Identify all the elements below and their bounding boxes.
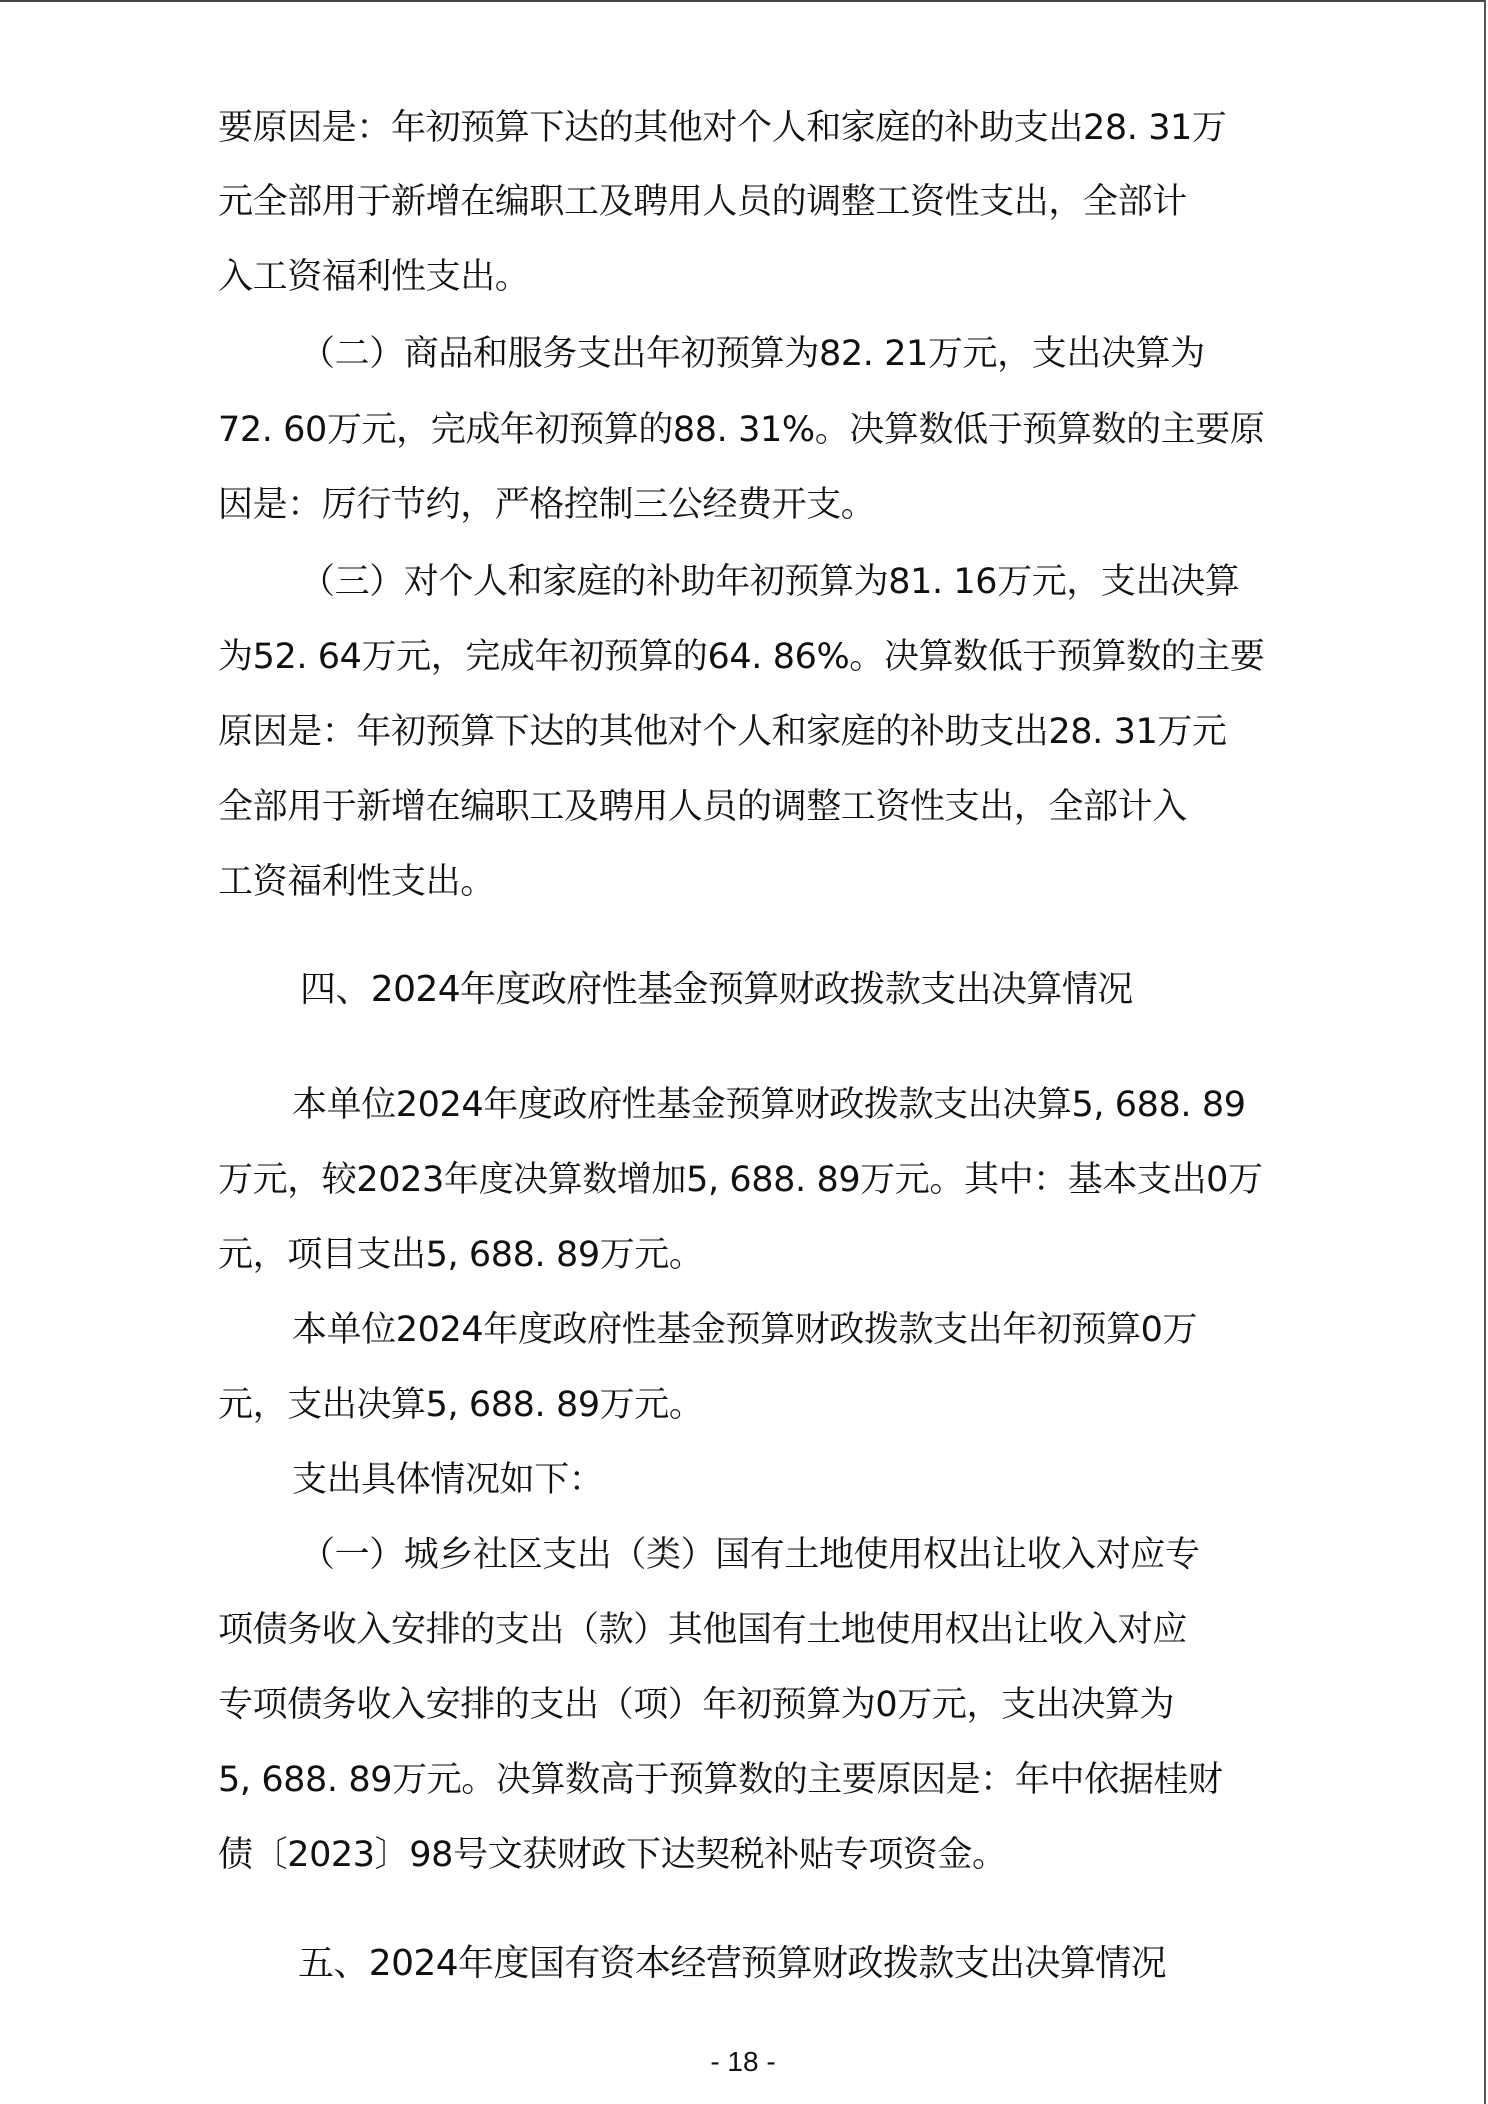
text-line: （二）商品和服务支出年初预算为82. 21万元，支出决算为 <box>300 332 1364 376</box>
text-line: 入工资福利性支出。 <box>218 255 1282 299</box>
text-line: 元，项目支出5, 688. 89万元。 <box>218 1233 1282 1277</box>
text-line: 债〔2023〕98号文获财政下达契税补贴专项资金。 <box>218 1833 1282 1877</box>
text-line: 本单位2024年度政府性基金预算财政拨款支出决算5, 688. 89 <box>292 1083 1356 1127</box>
text-line: 项债务收入安排的支出（款）其他国有土地使用权出让收入对应 <box>218 1608 1282 1652</box>
text-line: 为52. 64万元，完成年初预算的64. 86%。决算数低于预算数的主要 <box>218 635 1282 679</box>
document-page: 要原因是：年初预算下达的其他对个人和家庭的补助支出28. 31万 元全部用于新增… <box>0 0 1486 2104</box>
text-line: 元全部用于新增在编职工及聘用人员的调整工资性支出，全部计 <box>218 180 1282 224</box>
text-line: 万元，较2023年度决算数增加5, 688. 89万元。其中：基本支出0万 <box>218 1158 1282 1202</box>
text-line: 元，支出决算5, 688. 89万元。 <box>218 1383 1282 1427</box>
text-line: 工资福利性支出。 <box>218 860 1282 904</box>
text-line: 5, 688. 89万元。决算数高于预算数的主要原因是：年中依据桂财 <box>218 1758 1282 1802</box>
text-line: 原因是：年初预算下达的其他对个人和家庭的补助支出28. 31万元 <box>218 710 1282 754</box>
text-line: 专项债务收入安排的支出（项）年初预算为0万元，支出决算为 <box>218 1683 1282 1727</box>
text-line: （一）城乡社区支出（类）国有土地使用权出让收入对应专 <box>300 1533 1364 1577</box>
page-number: - 18 - <box>0 2045 1486 2079</box>
text-line: 全部用于新增在编职工及聘用人员的调整工资性支出，全部计入 <box>218 785 1282 829</box>
text-line: 支出具体情况如下： <box>292 1458 1356 1502</box>
text-line: （三）对个人和家庭的补助年初预算为81. 16万元，支出决算 <box>300 560 1364 604</box>
section-heading: 五、2024年度国有资本经营预算财政拨款支出决算情况 <box>298 1941 1166 1987</box>
text-line: 本单位2024年度政府性基金预算财政拨款支出年初预算0万 <box>292 1308 1356 1352</box>
text-line: 72. 60万元，完成年初预算的88. 31%。决算数低于预算数的主要原 <box>218 408 1282 452</box>
text-line: 要原因是：年初预算下达的其他对个人和家庭的补助支出28. 31万 <box>218 106 1282 150</box>
section-heading: 四、2024年度政府性基金预算财政拨款支出决算情况 <box>300 967 1133 1013</box>
text-line: 因是：厉行节约，严格控制三公经费开支。 <box>218 483 1282 527</box>
